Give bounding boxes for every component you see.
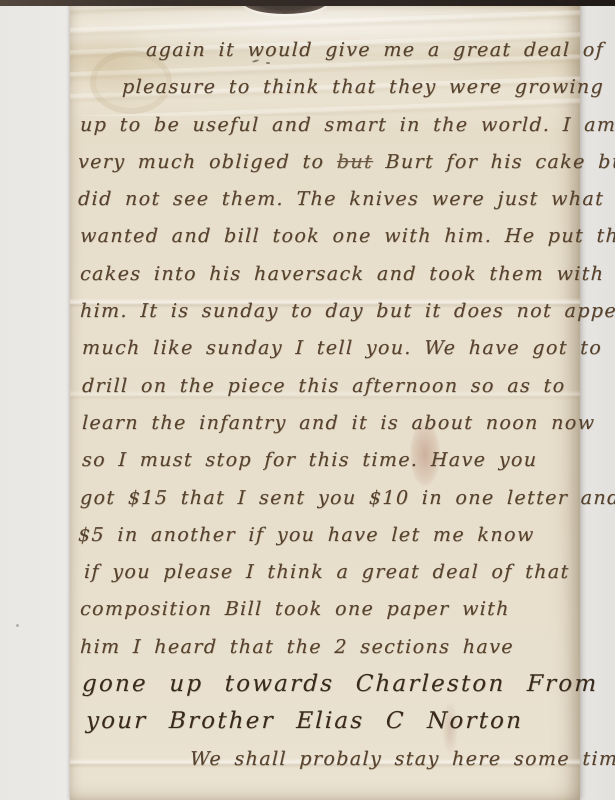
letter-line: up to be useful and smart in the world. …: [79, 107, 574, 144]
letter-line: very much obliged to but Burt for his ca…: [77, 144, 574, 181]
letter-line: cakes into his haversack and took them w…: [79, 256, 574, 293]
struck-word: but: [337, 151, 374, 173]
letter-text: Burt for his cake but I: [373, 151, 615, 173]
letter-line: $5 in another if you have let me know: [77, 517, 574, 554]
letter-text: very much obliged to: [78, 151, 338, 173]
letter-line: again it would give me a great deal of: [145, 32, 574, 69]
letter-line: learn the infantry and it is about noon …: [81, 405, 574, 442]
letter-line: drill on the piece this afternoon so as …: [81, 368, 574, 405]
letter-line: him I heard that the 2 sections have: [79, 629, 574, 666]
letter-line: your Brother Elias C Norton: [85, 703, 574, 740]
dust-speck: [16, 624, 19, 627]
letter-line: much like sunday I tell you. We have got…: [81, 330, 574, 367]
letter-line: did not see them. The knives were just w…: [77, 181, 574, 218]
letter-line: gone up towards Charleston From: [81, 666, 574, 703]
letter-line: got $15 that I sent you $10 in one lette…: [79, 480, 574, 517]
letter-line: so I must stop for this time. Have you: [81, 442, 574, 479]
letter-paper: again it would give me a great deal ofpl…: [70, 2, 580, 800]
letter-line: We shall probaly stay here some time: [189, 741, 574, 778]
scanner-lid-strip: [0, 0, 615, 6]
letter-line: wanted and bill took one with him. He pu…: [79, 218, 574, 255]
letter-line: him. It is sunday to day but it does not…: [79, 293, 574, 330]
letter-line: if you please I think a great deal of th…: [83, 554, 574, 591]
letter-line: pleasure to think that they were growing: [121, 69, 574, 106]
letter-line: composition Bill took one paper with: [79, 591, 574, 628]
letter-body: again it would give me a great deal ofpl…: [78, 32, 574, 778]
